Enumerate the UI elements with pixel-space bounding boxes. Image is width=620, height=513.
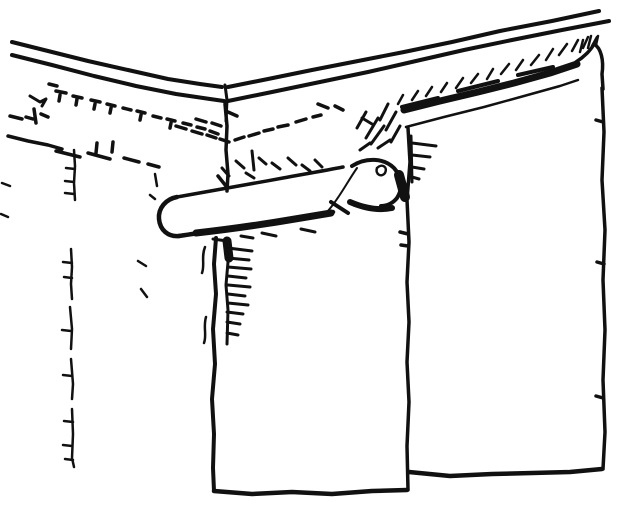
corner-frieze-dashes (176, 104, 343, 142)
fold-roll-curled-end (352, 160, 401, 206)
wall-corner-line (218, 104, 237, 191)
illustration-canvas (0, 0, 620, 513)
gap-shadow-dark-wedge (399, 175, 405, 197)
fold-roll-left-end (159, 197, 179, 236)
wallpaper-corner-illustration (0, 0, 620, 513)
frieze-scribble-blob-tail (30, 96, 46, 106)
right-sheet-corner-paste-scribbles (357, 104, 400, 150)
right-sheet-right-edge (596, 88, 605, 469)
fold-roll-top-edge (177, 167, 343, 197)
corner-strip-left-edge (212, 238, 216, 491)
corner-strip-bottom-edge (214, 490, 407, 494)
frieze-dash-row-upper (49, 84, 218, 134)
corner-strip-edge-waves (202, 247, 206, 343)
frieze-dash-row-lower (8, 136, 159, 167)
right-sheet-bottom-edge (409, 469, 602, 476)
left-wall-sketch-stray-dashes (1, 174, 157, 297)
ink-layer (1, 11, 609, 494)
ceiling-cornice-left-inner-line (12, 55, 224, 101)
left-wall-sketch-guide-line (62, 150, 75, 467)
frieze-scribble-blob (5, 78, 38, 107)
gap-small-loop-mark (377, 166, 386, 176)
frieze-dash-row-middle (10, 109, 48, 123)
right-sheet-seam-hatching (411, 136, 436, 182)
corner-strip-hatch-blob (227, 241, 229, 258)
